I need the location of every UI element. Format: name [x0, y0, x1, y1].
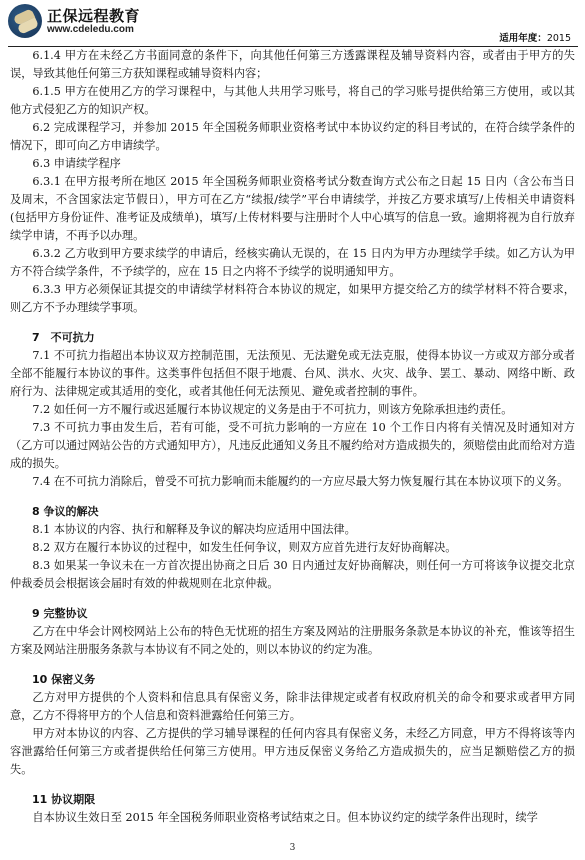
clause-7-1: 7.1 不可抗力指超出本协议双方控制范围，无法预见、无法避免或无法克服，使得本协…: [10, 347, 575, 401]
clause-8-3: 8.3 如果某一争议未在一方首次提出协商之日后 30 日内通过友好协商解决，则任…: [10, 557, 575, 593]
section-7-heading: 7 不可抗力: [10, 329, 575, 347]
clause-8-2: 8.2 双方在履行本协议的过程中，如发生任何争议，则双方应首先进行友好协商解决。: [10, 539, 575, 557]
clause-6-3-1: 6.3.1 在甲方报考所在地区 2015 年全国税务师职业资格考试分数查询方式公…: [10, 173, 575, 245]
clause-6-3-2: 6.3.2 乙方收到甲方要求续学的申请后，经核实确认无误的，在 15 日内为甲方…: [10, 245, 575, 281]
applicable-year: 适用年度：2015: [499, 30, 571, 44]
section-11-heading: 11 协议期限: [10, 791, 575, 809]
clause-6-1-4: 6.1.4 甲方在未经乙方书面同意的条件下，向其他任何第三方透露课程及辅导资料内…: [10, 47, 575, 83]
section-9-heading: 9 完整协议: [10, 605, 575, 623]
cdeledu-logo-icon: [8, 4, 42, 38]
brand-name: 正保远程教育: [47, 5, 140, 26]
document-body: 6.1.4 甲方在未经乙方书面同意的条件下，向其他任何第三方透露课程及辅导资料内…: [10, 47, 575, 827]
clause-7-2: 7.2 如任何一方不履行或迟延履行本协议规定的义务是由于不可抗力，则该方免除承担…: [10, 401, 575, 419]
spacer: [10, 779, 575, 791]
clause-6-3-3: 6.3.3 甲方必须保证其提交的申请续学材料符合本协议的规定，如果甲方提交给乙方…: [10, 281, 575, 317]
clause-6-1-5: 6.1.5 甲方在使用乙方的学习课程中，与其他人共用学习账号，将自己的学习账号提…: [10, 83, 575, 119]
clause-6-2: 6.2 完成课程学习，并参加 2015 年全国税务师职业资格考试中本协议约定的科…: [10, 119, 575, 155]
spacer: [10, 317, 575, 329]
clause-6-3: 6.3 申请续学程序: [10, 155, 575, 173]
spacer: [10, 593, 575, 605]
section-10-body-a: 乙方对甲方提供的个人资料和信息具有保密义务，除非法律规定或者有权政府机关的命令和…: [10, 689, 575, 725]
applicable-year-label: 适用年度：: [499, 33, 547, 44]
page-number: 3: [0, 843, 585, 853]
section-10-heading: 10 保密义务: [10, 671, 575, 689]
page-header: 正保远程教育 www.cdeledu.com 适用年度：2015: [0, 0, 585, 44]
clause-7-3: 7.3 不可抗力事由发生后，若有可能，受不可抗力影响的一方应在 10 个工作日内…: [10, 419, 575, 473]
section-10-body-b: 甲方对本协议的内容、乙方提供的学习辅导课程的任何内容具有保密义务，未经乙方同意，…: [10, 725, 575, 779]
clause-7-4: 7.4 在不可抗力消除后，曾受不可抗力影响而未能履约的一方应尽最大努力恢复履行其…: [10, 473, 575, 491]
spacer: [10, 659, 575, 671]
spacer: [10, 491, 575, 503]
brand-url: www.cdeledu.com: [47, 24, 134, 35]
section-11-body: 自本协议生效日至 2015 年全国税务师职业资格考试结束之日。但本协议约定的续学…: [10, 809, 575, 827]
section-9-body: 乙方在中华会计网校网站上公布的特色无忧班的招生方案及网站的注册服务条款是本协议的…: [10, 623, 575, 659]
clause-8-1: 8.1 本协议的内容、执行和解释及争议的解决均应适用中国法律。: [10, 521, 575, 539]
section-8-heading: 8 争议的解决: [10, 503, 575, 521]
applicable-year-value: 2015: [547, 33, 571, 44]
